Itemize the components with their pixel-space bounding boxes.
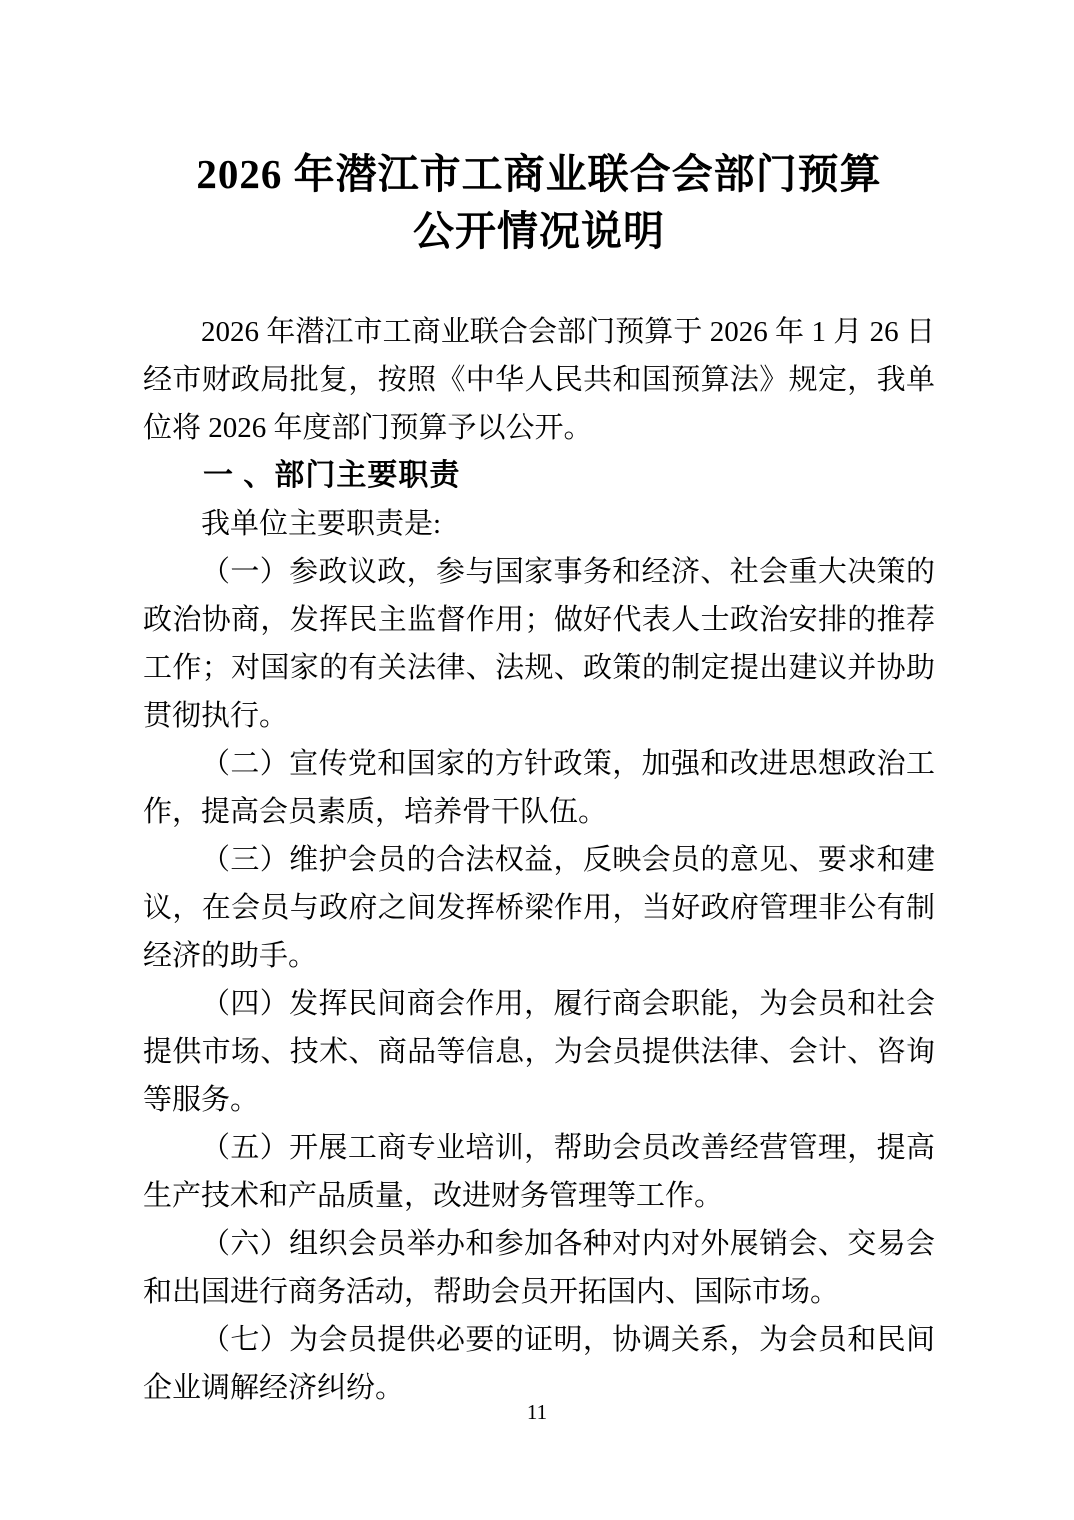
page-number: 11 [0, 1400, 1074, 1425]
duty-item-7: （七）为会员提供必要的证明，协调关系，为会员和民间企业调解经济纠纷。 [143, 1316, 935, 1412]
duty-item-4: （四）发挥民间商会作用，履行商会职能，为会员和社会提供市场、技术、商品等信息，为… [143, 980, 935, 1124]
document-page: 2026 年潜江市工商业联合会部门预算 公开情况说明 2026 年潜江市工商业联… [0, 0, 1074, 1520]
document-body: 2026 年潜江市工商业联合会部门预算于 2026 年 1 月 26 日经市财政… [143, 308, 935, 1412]
duty-item-5: （五）开展工商专业培训，帮助会员改善经营管理，提高生产技术和产品质量，改进财务管… [143, 1124, 935, 1220]
document-title-line-2: 公开情况说明 [143, 203, 935, 260]
duty-item-1: （一）参政议政，参与国家事务和经济、社会重大决策的政治协商，发挥民主监督作用；做… [143, 548, 935, 740]
intro-paragraph: 2026 年潜江市工商业联合会部门预算于 2026 年 1 月 26 日经市财政… [143, 308, 935, 452]
duty-item-2: （二）宣传党和国家的方针政策，加强和改进思想政治工作，提高会员素质，培养骨干队伍… [143, 740, 935, 836]
document-title-line-1: 2026 年潜江市工商业联合会部门预算 [143, 146, 935, 203]
section-heading: 一 、部门主要职责 [143, 452, 935, 500]
document-title: 2026 年潜江市工商业联合会部门预算 公开情况说明 [143, 146, 935, 260]
duty-item-6: （六）组织会员举办和参加各种对内对外展销会、交易会和出国进行商务活动，帮助会员开… [143, 1220, 935, 1316]
section-lead: 我单位主要职责是: [143, 500, 935, 548]
duty-item-3: （三）维护会员的合法权益，反映会员的意见、要求和建议，在会员与政府之间发挥桥梁作… [143, 836, 935, 980]
